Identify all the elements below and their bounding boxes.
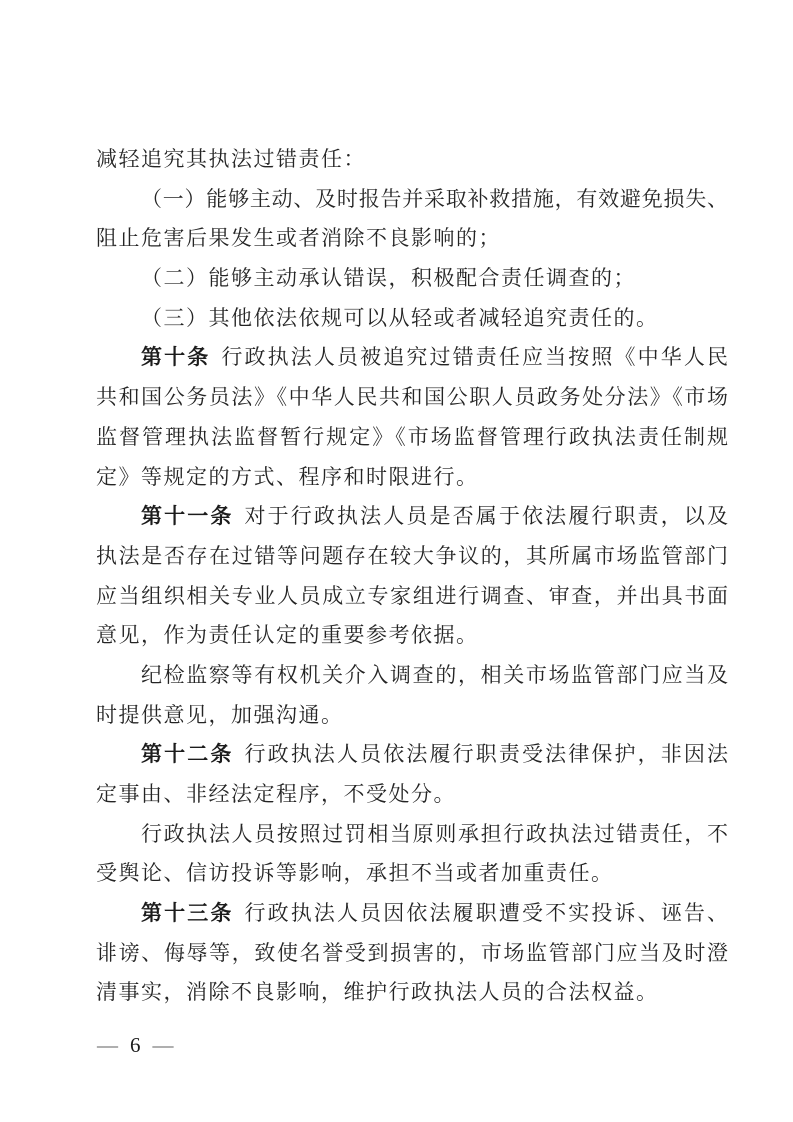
text-line: 减轻追究其执法过错责任：	[96, 140, 728, 180]
line-text: 清事实，消除不良影响，维护行政执法人员的合法权益。	[96, 980, 659, 1004]
article-number: 第十一条	[141, 505, 234, 528]
text-line: 定》等规定的方式、程序和时限进行。	[96, 458, 728, 498]
line-text: 诽谤、侮辱等，致使名誉受到损害的，市场监管部门应当及时澄	[96, 941, 728, 965]
text-line: （一）能够主动、及时报告并采取补救措施，有效避免损失、	[96, 180, 728, 220]
text-line: 监督管理执法监督暂行规定》《市场监督管理行政执法责任制规	[96, 418, 728, 458]
line-text: 定》等规定的方式、程序和时限进行。	[96, 465, 479, 489]
text-block: 减轻追究其执法过错责任：（一）能够主动、及时报告并采取补救措施，有效避免损失、阻…	[96, 140, 728, 1013]
line-text: 行政执法人员被追究过错责任应当按照《中华人民	[221, 345, 728, 369]
text-line: 第十三条行政执法人员因依法履职遭受不实投诉、诬告、	[96, 894, 728, 934]
line-text: 对于行政执法人员是否属于依法履行职责，以及	[245, 504, 729, 528]
text-line: 阻止危害后果发生或者消除不良影响的；	[96, 219, 728, 259]
text-line: （三）其他依法依规可以从轻或者减轻追究责任的。	[96, 299, 728, 339]
text-line: 诽谤、侮辱等，致使名誉受到损害的，市场监管部门应当及时澄	[96, 934, 728, 974]
text-line: 定事由、非经法定程序，不受处分。	[96, 775, 728, 815]
line-text: 阻止危害后果发生或者消除不良影响的；	[96, 226, 501, 250]
line-text: 纪检监察等有权机关介入调查的，相关市场监管部门应当及	[141, 663, 728, 687]
text-line: 第十一条对于行政执法人员是否属于依法履行职责，以及	[96, 497, 728, 537]
line-text: 行政执法人员按照过罚相当原则承担行政执法过错责任，不	[141, 822, 728, 846]
footer-dash-right: —	[153, 1029, 174, 1061]
line-text: 监督管理执法监督暂行规定》《市场监督管理行政执法责任制规	[96, 425, 728, 449]
article-number: 第十条	[141, 346, 210, 369]
line-text: （二）能够主动承认错误，积极配合责任调查的；	[141, 266, 636, 290]
article-number: 第十二条	[141, 743, 234, 766]
line-text: 行政执法人员依法履行职责受法律保护，非因法	[245, 742, 729, 766]
line-text: 执法是否存在过错等问题存在较大争议的，其所属市场监管部门	[96, 544, 728, 568]
line-text: 共和国公务员法》《中华人民共和国公职人员政务处分法》《市场	[96, 385, 728, 409]
line-text: 行政执法人员因依法履职遭受不实投诉、诬告、	[245, 901, 729, 925]
text-line: 纪检监察等有权机关介入调查的，相关市场监管部门应当及	[96, 656, 728, 696]
text-line: 第十二条行政执法人员依法履行职责受法律保护，非因法	[96, 735, 728, 775]
line-text: 减轻追究其执法过错责任：	[96, 147, 366, 171]
page-number: 6	[130, 1029, 141, 1061]
line-text: 应当组织相关专业人员成立专家组进行调查、审查，并出具书面	[96, 584, 728, 608]
line-text: （三）其他依法依规可以从轻或者减轻追究责任的。	[141, 306, 659, 330]
text-line: 应当组织相关专业人员成立专家组进行调查、审查，并出具书面	[96, 577, 728, 617]
text-line: 时提供意见，加强沟通。	[96, 696, 728, 736]
document-page: 减轻追究其执法过错责任：（一）能够主动、及时报告并采取补救措施，有效避免损失、阻…	[0, 0, 793, 1122]
article-number: 第十三条	[141, 902, 234, 925]
text-line: 意见，作为责任认定的重要参考依据。	[96, 616, 728, 656]
line-text: 受舆论、信访投诉等影响，承担不当或者加重责任。	[96, 861, 614, 885]
line-text: 时提供意见，加强沟通。	[96, 703, 344, 727]
text-line: 共和国公务员法》《中华人民共和国公职人员政务处分法》《市场	[96, 378, 728, 418]
line-text: 意见，作为责任认定的重要参考依据。	[96, 623, 479, 647]
line-text: 定事由、非经法定程序，不受处分。	[96, 782, 456, 806]
text-line: 执法是否存在过错等问题存在较大争议的，其所属市场监管部门	[96, 537, 728, 577]
line-text: （一）能够主动、及时报告并采取补救措施，有效避免损失、	[141, 187, 728, 211]
text-line: 第十条行政执法人员被追究过错责任应当按照《中华人民	[96, 338, 728, 378]
footer-dash-left: —	[97, 1029, 118, 1061]
page-footer: — 6 —	[97, 1029, 174, 1061]
text-line: 受舆论、信访投诉等影响，承担不当或者加重责任。	[96, 854, 728, 894]
text-line: 行政执法人员按照过罚相当原则承担行政执法过错责任，不	[96, 815, 728, 855]
text-line: 清事实，消除不良影响，维护行政执法人员的合法权益。	[96, 973, 728, 1013]
text-line: （二）能够主动承认错误，积极配合责任调查的；	[96, 259, 728, 299]
